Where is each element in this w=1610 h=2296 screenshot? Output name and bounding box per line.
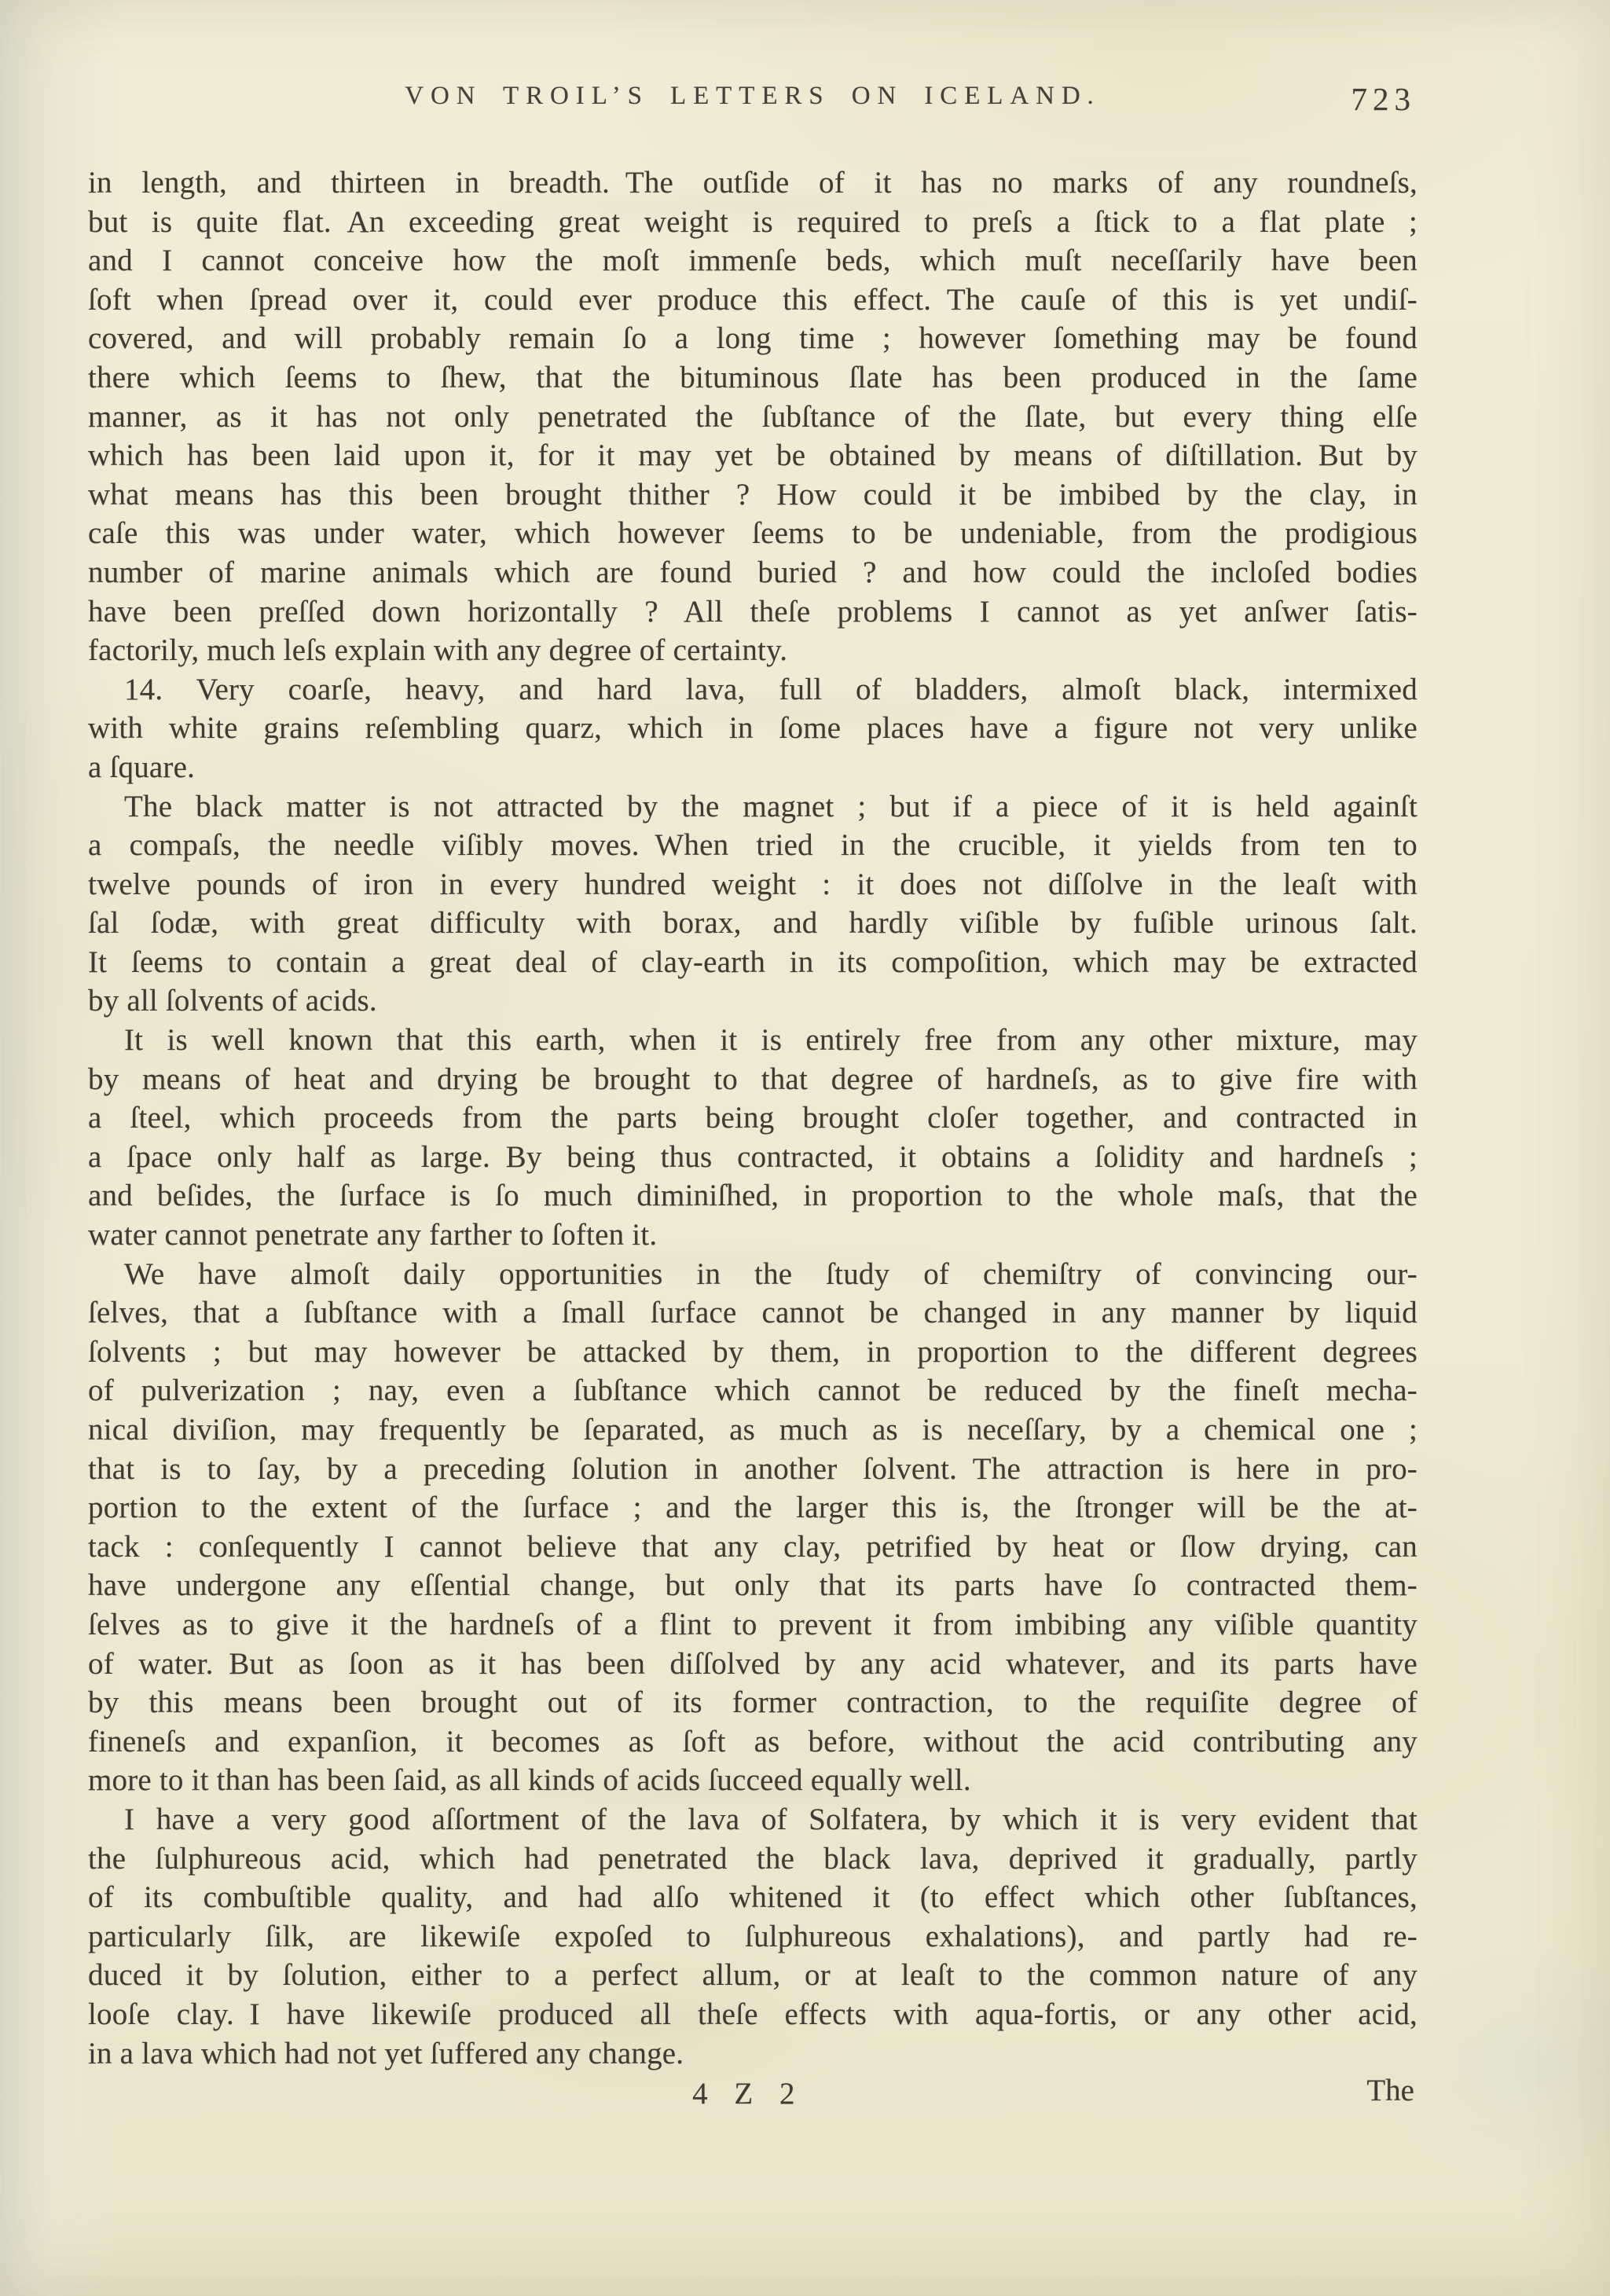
text-line: manner, as it has not only penetrated th… xyxy=(88,398,1417,437)
running-title: VON TROIL’S LETTERS ON ICELAND. xyxy=(405,82,1100,111)
text-line: a compaſs, the needle viſibly moves. Whe… xyxy=(88,826,1417,865)
text-line: and beſides, the ſurface is ſo much dimi… xyxy=(88,1176,1417,1216)
text-line: but is quite flat. An exceeding great we… xyxy=(88,203,1417,242)
text-line: portion to the extent of the ſurface ; a… xyxy=(88,1488,1417,1528)
text-line: have undergone any eſſential change, but… xyxy=(88,1566,1417,1605)
text-line: which has been laid upon it, for it may … xyxy=(88,436,1417,475)
text-line: looſe clay. I have likewiſe produced all… xyxy=(88,1995,1417,2034)
text-line: by this means been brought out of its fo… xyxy=(88,1683,1417,1722)
text-line: number of marine animals which are found… xyxy=(88,553,1417,592)
text-line: particularly ſilk, are likewiſe expoſed … xyxy=(88,1917,1417,1957)
signature-mark: 4 Z 2 xyxy=(692,2076,804,2111)
book-page-scan: VON TROIL’S LETTERS ON ICELAND. 723 in l… xyxy=(0,0,1610,2296)
text-line: and I cannot conceive how the moſt immen… xyxy=(88,241,1417,281)
text-line: The black matter is not attracted by the… xyxy=(88,787,1417,827)
text-line: what means has this been brought thither… xyxy=(88,475,1417,515)
text-line: 14. Very coarſe, heavy, and hard lava, f… xyxy=(88,670,1417,710)
text-line: tack : conſequently I cannot believe tha… xyxy=(88,1528,1417,1567)
paragraph: We have almoſt daily opportunities in th… xyxy=(88,1255,1417,1800)
text-line: with white grains reſembling quarz, whic… xyxy=(88,709,1417,748)
text-line: by all ſolvents of acids. xyxy=(88,981,1417,1021)
paragraph: The black matter is not attracted by the… xyxy=(88,787,1417,1021)
text-line: ſelves, that a ſubſtance with a ſmall ſu… xyxy=(88,1293,1417,1333)
text-line: twelve pounds of iron in every hundred w… xyxy=(88,865,1417,904)
text-line: ſal ſodæ, with great difficulty with bor… xyxy=(88,904,1417,943)
paragraph: I have a very good aſſortment of the lav… xyxy=(88,1800,1417,2073)
text-line: factorily, much leſs explain with any de… xyxy=(88,631,1417,670)
text-line: by means of heat and drying be brought t… xyxy=(88,1060,1417,1099)
text-line: a ſquare. xyxy=(88,748,1417,787)
paragraph: It is well known that this earth, when i… xyxy=(88,1021,1417,1255)
paragraph: in length, and thirteen in breadth. The … xyxy=(88,163,1417,670)
catchword: The xyxy=(1366,2073,1414,2108)
text-line: I have a very good aſſortment of the lav… xyxy=(88,1800,1417,1839)
text-line: caſe this was under water, which however… xyxy=(88,514,1417,553)
text-line: more to it than has been ſaid, as all ki… xyxy=(88,1761,1417,1800)
text-line: the ſulphureous acid, which had penetrat… xyxy=(88,1839,1417,1879)
page-number: 723 xyxy=(1351,80,1417,118)
text-line: We have almoſt daily opportunities in th… xyxy=(88,1255,1417,1294)
text-line: fineneſs and expanſion, it becomes as ſo… xyxy=(88,1722,1417,1762)
text-line: covered, and will probably remain ſo a l… xyxy=(88,319,1417,358)
text-line: ſolvents ; but may however be attacked b… xyxy=(88,1333,1417,1372)
text-line: It ſeems to contain a great deal of clay… xyxy=(88,943,1417,982)
text-line: have been preſſed down horizontally ? Al… xyxy=(88,592,1417,632)
text-line: water cannot penetrate any farther to ſo… xyxy=(88,1216,1417,1255)
text-line: nical diviſion, may frequently be ſepara… xyxy=(88,1410,1417,1450)
text-line: of its combuſtible quality, and had alſo… xyxy=(88,1878,1417,1917)
paragraph: 14. Very coarſe, heavy, and hard lava, f… xyxy=(88,670,1417,787)
text-line: a ſpace only half as large. By being thu… xyxy=(88,1138,1417,1177)
text-line: there which ſeems to ſhew, that the bitu… xyxy=(88,358,1417,398)
text-line: ſoft when ſpread over it, could ever pro… xyxy=(88,281,1417,320)
text-line: of water. But as ſoon as it has been diſ… xyxy=(88,1645,1417,1684)
page-footer: 4 Z 2 The xyxy=(88,2076,1417,2118)
text-line: that is to ſay, by a preceding ſolution … xyxy=(88,1450,1417,1489)
text-line: a ſteel, which proceeds from the parts b… xyxy=(88,1098,1417,1138)
body-text: in length, and thirteen in breadth. The … xyxy=(88,163,1417,2073)
text-line: ſelves as to give it the hardneſs of a f… xyxy=(88,1605,1417,1645)
text-line: of pulverization ; nay, even a ſubſtance… xyxy=(88,1371,1417,1410)
text-line: in a lava which had not yet ſuffered any… xyxy=(88,2034,1417,2074)
text-line: duced it by ſolution, either to a perfec… xyxy=(88,1956,1417,1995)
page-header: VON TROIL’S LETTERS ON ICELAND. 723 xyxy=(88,75,1417,119)
text-line: in length, and thirteen in breadth. The … xyxy=(88,163,1417,203)
text-line: It is well known that this earth, when i… xyxy=(88,1021,1417,1060)
